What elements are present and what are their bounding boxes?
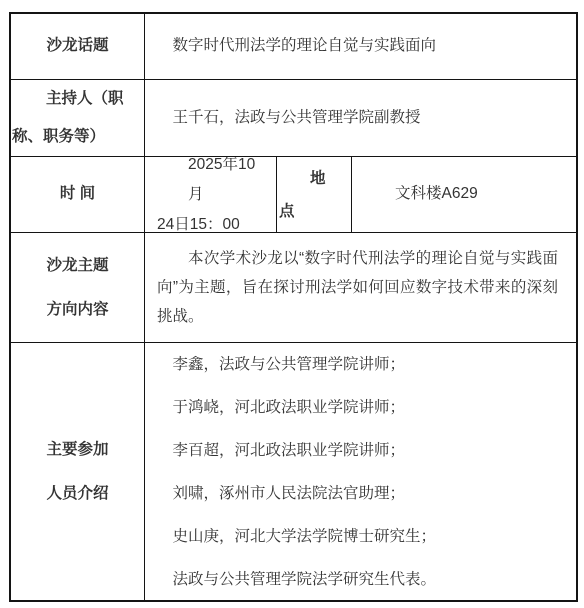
location-label-line1: 地 bbox=[279, 162, 349, 195]
theme-value-cell: 本次学术沙龙以“数字时代刑法学的理论自觉与实践面向”为主题，旨在探讨刑法学如何回… bbox=[145, 233, 576, 343]
topic-value-cell: 数字时代刑法学的理论自觉与实践面向 bbox=[145, 14, 576, 80]
theme-label-cell: 沙龙主题 方向内容 bbox=[11, 233, 145, 343]
host-label-line2: 称、职务等） bbox=[12, 118, 143, 156]
time-value-line2: 24日15：00 bbox=[157, 210, 262, 234]
participant-item: 李百超，河北政法职业学院讲师； bbox=[157, 429, 562, 472]
participant-item: 法政与公共管理学院法学研究生代表。 bbox=[157, 558, 562, 601]
participants-label-cell: 主要参加 人员介绍 bbox=[11, 343, 145, 600]
participants-label-line2: 人员介绍 bbox=[11, 472, 144, 516]
document-page: 沙龙话题 数字时代刑法学的理论自觉与实践面向 主持人（职 称、职务等） 王千石，… bbox=[0, 0, 584, 608]
participants-label-line1: 主要参加 bbox=[11, 428, 144, 472]
participant-item: 刘啸，涿州市人民法院法官助理； bbox=[157, 472, 562, 515]
location-value: 文科楼A629 bbox=[364, 180, 562, 209]
time-label: 时 间 bbox=[11, 180, 144, 209]
host-label-cell: 主持人（职 称、职务等） bbox=[11, 80, 145, 157]
host-value: 王千石，法政与公共管理学院副教授 bbox=[157, 104, 562, 133]
salon-info-table: 沙龙话题 数字时代刑法学的理论自觉与实践面向 主持人（职 称、职务等） 王千石，… bbox=[9, 12, 578, 602]
theme-label-line2: 方向内容 bbox=[11, 288, 144, 332]
topic-label: 沙龙话题 bbox=[11, 32, 144, 61]
topic-label-cell: 沙龙话题 bbox=[11, 14, 145, 80]
participants-value-cell: 李鑫，法政与公共管理学院讲师； 于鸿峣，河北政法职业学院讲师； 李百超，河北政法… bbox=[145, 343, 576, 600]
location-label-cell: 地 点 bbox=[277, 157, 352, 233]
time-label-cell: 时 间 bbox=[11, 157, 145, 233]
location-label-line2: 点 bbox=[279, 195, 349, 228]
topic-value: 数字时代刑法学的理论自觉与实践面向 bbox=[157, 32, 562, 61]
participant-item: 李鑫，法政与公共管理学院讲师； bbox=[157, 343, 562, 386]
theme-paragraph: 本次学术沙龙以“数字时代刑法学的理论自觉与实践面向”为主题，旨在探讨刑法学如何回… bbox=[157, 244, 558, 331]
participant-item: 于鸿峣，河北政法职业学院讲师； bbox=[157, 386, 562, 429]
theme-label-line1: 沙龙主题 bbox=[11, 244, 144, 288]
host-value-cell: 王千石，法政与公共管理学院副教授 bbox=[145, 80, 576, 157]
host-label-line1: 主持人（职 bbox=[12, 80, 143, 118]
location-value-cell: 文科楼A629 bbox=[352, 157, 576, 233]
time-value-line1: 2025年10月 bbox=[157, 157, 262, 210]
participant-item: 史山庚，河北大学法学院博士研究生； bbox=[157, 515, 562, 558]
time-value-cell: 2025年10月 24日15：00 bbox=[145, 157, 277, 233]
